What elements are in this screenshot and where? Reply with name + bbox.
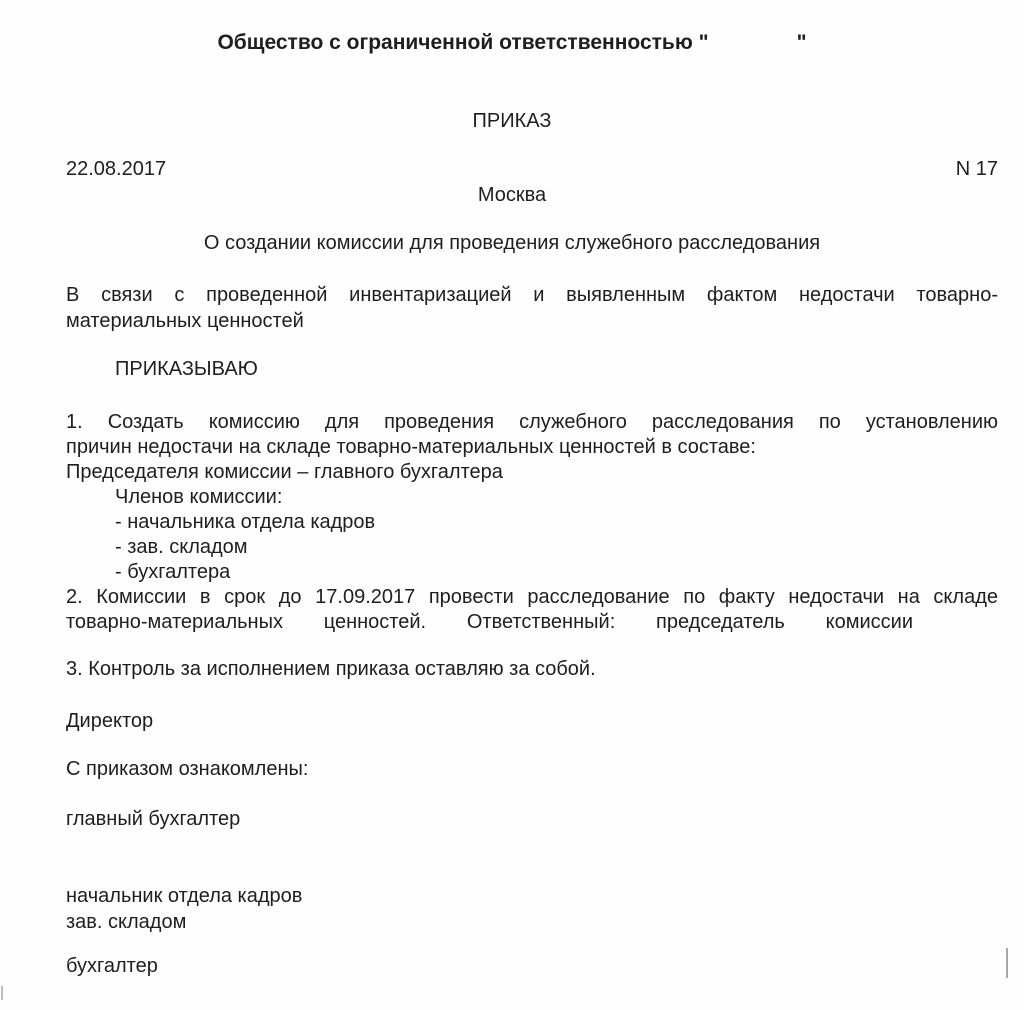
doc-type-heading: ПРИКАЗ (0, 108, 1024, 134)
item1-line-1: 1. Создать комиссию для проведения служе… (66, 410, 998, 435)
signatory-warehouse-manager: зав. складом (66, 909, 998, 935)
resolution-word: ПРИКАЗЫВАЮ (115, 356, 998, 382)
signatory-pair-block: начальник отдела кадров зав. складом (66, 883, 998, 935)
date-number-row: 22.08.2017 N 17 (66, 156, 998, 182)
preamble-line-2: материальных ценностей (66, 308, 998, 334)
director-signature-label: Директор (66, 708, 998, 734)
member-item: - бухгалтера (115, 560, 998, 585)
doc-city: Москва (0, 182, 1024, 208)
acknowledged-label: С приказом ознакомлены: (66, 756, 998, 782)
org-name-text: Общество с ограниченной ответственностью (217, 31, 692, 54)
member-item: - начальника отдела кадров (115, 510, 998, 535)
signatory-hr-head: начальник отдела кадров (66, 883, 998, 909)
item2-line-1: 2. Комиссии в срок до 17.09.2017 провест… (66, 585, 998, 610)
signatory-chief-accountant: главный бухгалтер (66, 806, 998, 832)
item3-line: 3. Контроль за исполнением приказа остав… (66, 656, 998, 682)
org-name-open-quote: " (699, 31, 709, 54)
member-item: - зав. складом (115, 535, 998, 560)
signatory-accountant: бухгалтер (66, 953, 998, 979)
chairman-line: Председателя комиссии – главного бухгалт… (66, 460, 998, 485)
org-name-line: Общество с ограниченной ответственностью… (0, 30, 1024, 56)
item2-line-2: товарно-материальных ценностей. Ответств… (66, 610, 913, 635)
order-items-block: 1. Создать комиссию для проведения служе… (66, 410, 998, 635)
doc-date: 22.08.2017 (66, 156, 166, 182)
doc-number: N 17 (956, 156, 998, 182)
item2-paragraph: 2. Комиссии в срок до 17.09.2017 провест… (66, 585, 998, 635)
preamble-line-1: В связи с проведенной инвентаризацией и … (66, 282, 998, 308)
scan-artifact-right-line (1006, 948, 1008, 978)
doc-subject: О создании комиссии для проведения служе… (0, 230, 1024, 256)
members-label: Членов комиссии: (115, 485, 998, 510)
document-page: Общество с ограниченной ответственностью… (0, 0, 1024, 1010)
preamble-paragraph: В связи с проведенной инвентаризацией и … (66, 282, 998, 334)
item1-line-2: причин недостачи на складе товарно-матер… (66, 435, 998, 460)
org-name-close-quote: " (797, 31, 807, 54)
scan-artifact-left-tick (1, 986, 3, 1000)
